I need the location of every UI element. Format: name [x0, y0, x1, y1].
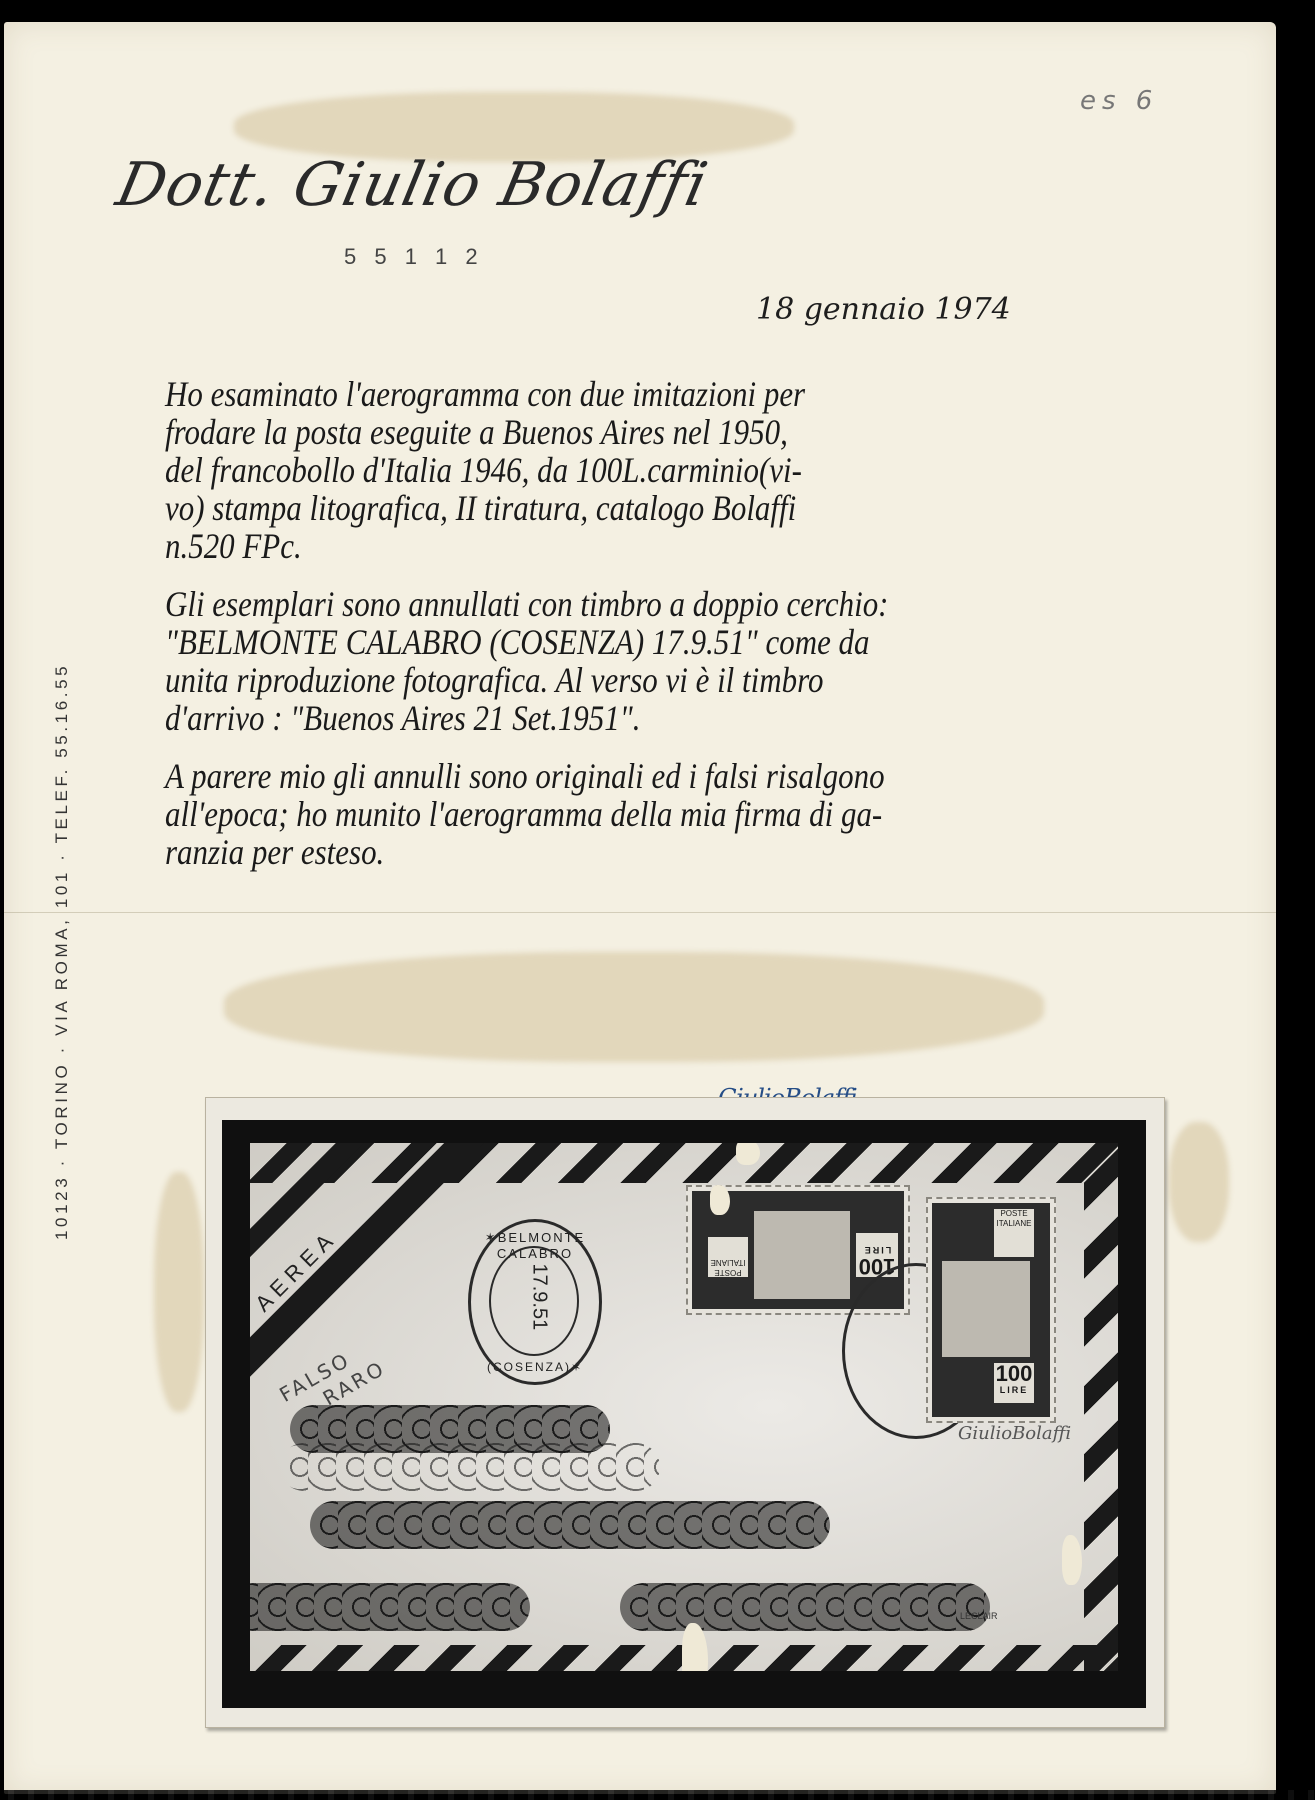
- stamp-label: POSTE ITALIANE: [994, 1209, 1034, 1257]
- stamp-vignette: [754, 1211, 850, 1299]
- stain-right: [1169, 1122, 1229, 1242]
- address-scribble: [310, 1501, 830, 1549]
- airmail-stripes-right: [1084, 1143, 1118, 1671]
- address-scribble: [620, 1583, 990, 1631]
- postmark-belmonte: ✶BELMONTE CALABRO 17.9.51 (COSENZA)✶: [468, 1219, 602, 1385]
- protocol-number: 5 5 1 1 2: [344, 244, 484, 270]
- address-scribble: [280, 1443, 660, 1491]
- paragraph-opinion: A parere mio gli annulli sono originali …: [165, 757, 1025, 871]
- side-address: 10123 · TORINO · VIA ROMA, 101 · TELEF. …: [52, 663, 72, 1240]
- paper-tear: [1062, 1535, 1082, 1585]
- postmark-top-text: ✶BELMONTE CALABRO: [471, 1230, 599, 1261]
- stain-middle: [224, 952, 1044, 1062]
- certificate-body: Ho esaminato l'aerogramma con due imitaz…: [165, 375, 1025, 891]
- stamp-value: 100LIRE: [994, 1363, 1034, 1403]
- aerogramme-photo: AEREA ✶BELMONTE CALABRO 17.9.51 (COSENZA…: [250, 1143, 1118, 1671]
- postmark-bottom-text: (COSENZA)✶: [471, 1360, 599, 1374]
- certificate-date: 18 gennaio 1974: [756, 292, 1011, 327]
- paper-tear: [736, 1143, 760, 1165]
- stamp-upright: POSTE ITALIANE 100LIRE: [926, 1197, 1056, 1423]
- torn-edge: [0, 1790, 1315, 1800]
- paragraph-cancellation: Gli esemplari sono annullati con timbro …: [165, 585, 1025, 737]
- airmail-stripes-top: [250, 1143, 1118, 1183]
- letterhead: Dott. Giulio Bolaffi: [111, 150, 715, 220]
- address-scribble: [250, 1583, 530, 1631]
- stamp-label: POSTE ITALIANE: [708, 1237, 748, 1277]
- paper-tear: [710, 1185, 730, 1215]
- postmark-date: 17.9.51: [528, 1264, 551, 1324]
- stain-left: [154, 1172, 204, 1412]
- paragraph-examination: Ho esaminato l'aerogramma con due imitaz…: [165, 375, 1025, 565]
- photographer-mark: LECLAIR: [960, 1611, 998, 1621]
- stamp-vignette: [942, 1261, 1030, 1357]
- stamp-face: POSTE ITALIANE 100LIRE: [932, 1203, 1050, 1417]
- envelope-signature: GiulioBolaffi: [958, 1423, 1071, 1444]
- pencil-note: es 6: [1080, 86, 1158, 116]
